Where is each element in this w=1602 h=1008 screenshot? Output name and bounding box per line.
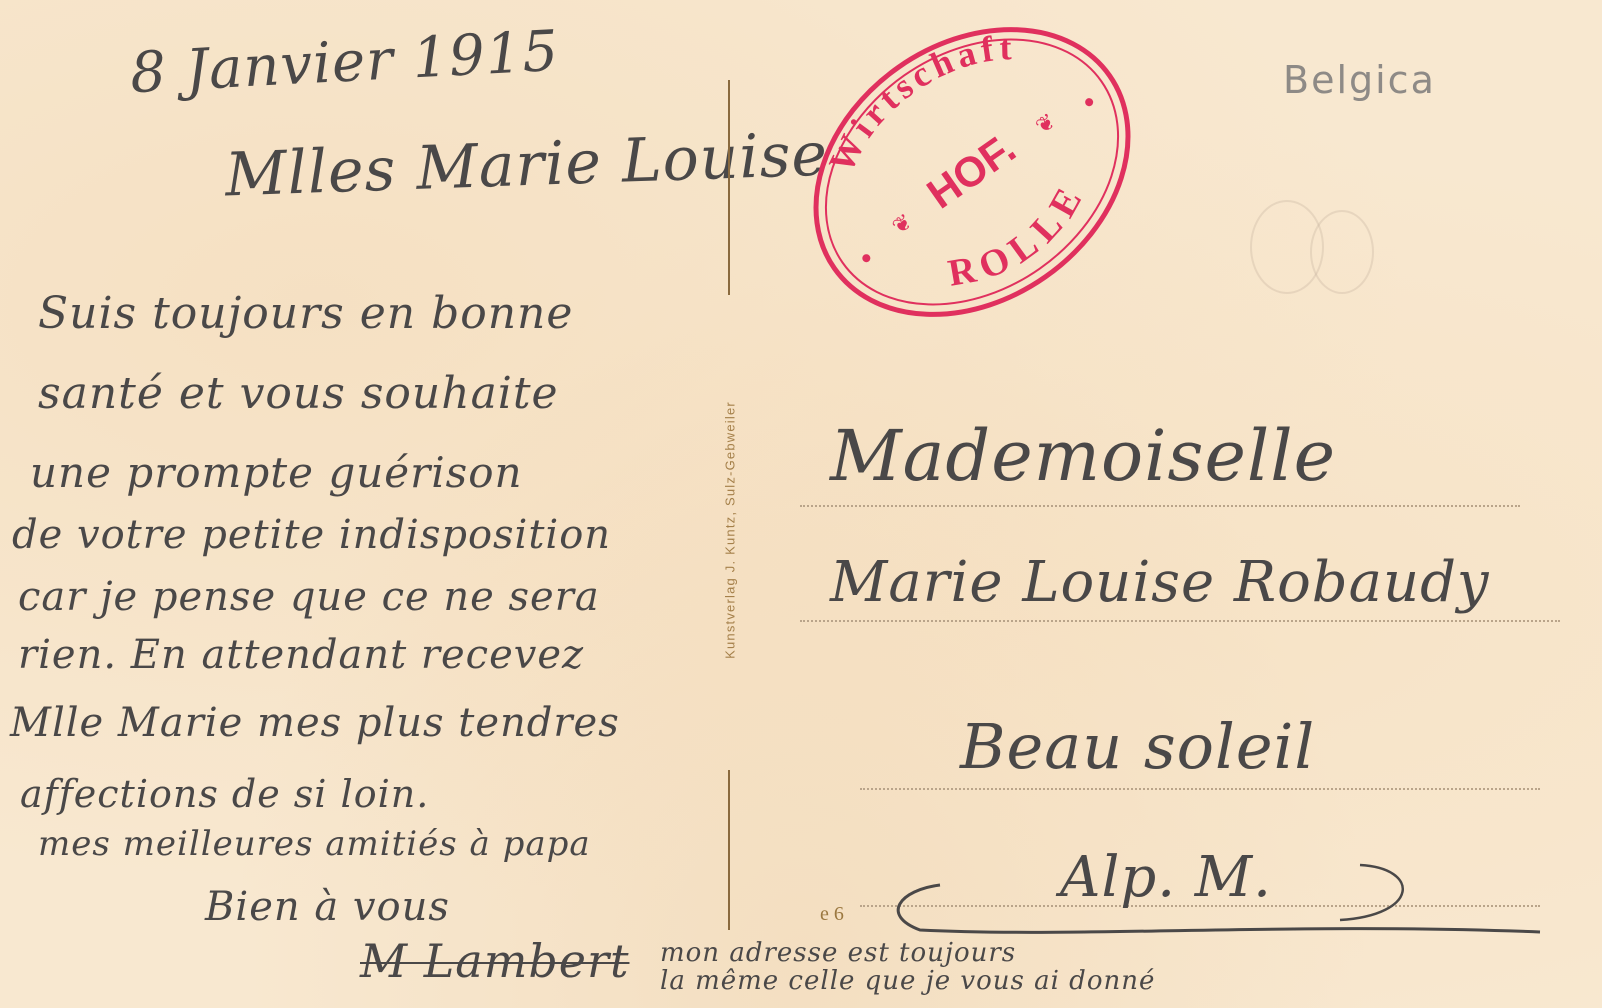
message-closing: Bien à vous — [205, 884, 450, 930]
postcard-back: 8 Janvier 1915 Mlles Marie Louise Suis t… — [0, 0, 1602, 1008]
address-line-2 — [800, 620, 1560, 622]
message-signature: M Lambert — [360, 934, 629, 988]
address-flourish — [880, 860, 1560, 950]
message-line-4: de votre petite indisposition — [12, 512, 611, 558]
message-line-6: rien. En attendant recevez — [18, 632, 584, 678]
message-line-8: affections de si loin. — [20, 772, 429, 816]
message-line-9: mes meilleures amitiés à papa — [38, 824, 591, 864]
publisher-imprint: Kunstverlag J. Kuntz, Sulz-Gebweiler — [718, 300, 742, 760]
message-line-1: Suis toujours en bonne — [38, 288, 573, 339]
message-date: 8 Janvier 1915 — [129, 19, 561, 106]
ghost-mark — [1310, 210, 1374, 294]
message-postscript-2: la même celle que je vous ai donné — [660, 966, 1155, 996]
publisher-imprint-text: Kunstverlag J. Kuntz, Sulz-Gebweiler — [723, 401, 738, 659]
pencil-note: Belgica — [1283, 58, 1436, 102]
stamp-ornament-icon: ❦ — [887, 208, 916, 239]
message-line-2: santé et vous souhaite — [38, 368, 559, 419]
address-street: Beau soleil — [960, 710, 1315, 783]
divider-line-top — [728, 80, 730, 295]
divider-line-bottom — [728, 770, 730, 930]
message-salutation: Mlles Marie Louise — [224, 119, 829, 210]
message-line-7: Mlle Marie mes plus tendres — [10, 700, 620, 746]
address-line-3 — [860, 788, 1540, 790]
stamp-ornament-icon: ❦ — [1031, 108, 1060, 139]
stamp-center-text: HOF. — [918, 124, 1023, 217]
address-name-title: Mademoiselle — [830, 415, 1336, 497]
hotel-stamp: Wirtschaft ROLLE HOF. ❦ ❦ — [790, 22, 1155, 322]
message-line-3: une prompte guérison — [30, 448, 523, 497]
address-recipient: Marie Louise Robaudy — [830, 550, 1490, 615]
message-line-5: car je pense que ce ne sera — [18, 574, 600, 620]
address-line-1 — [800, 505, 1520, 507]
card-code: e 6 — [820, 903, 844, 926]
